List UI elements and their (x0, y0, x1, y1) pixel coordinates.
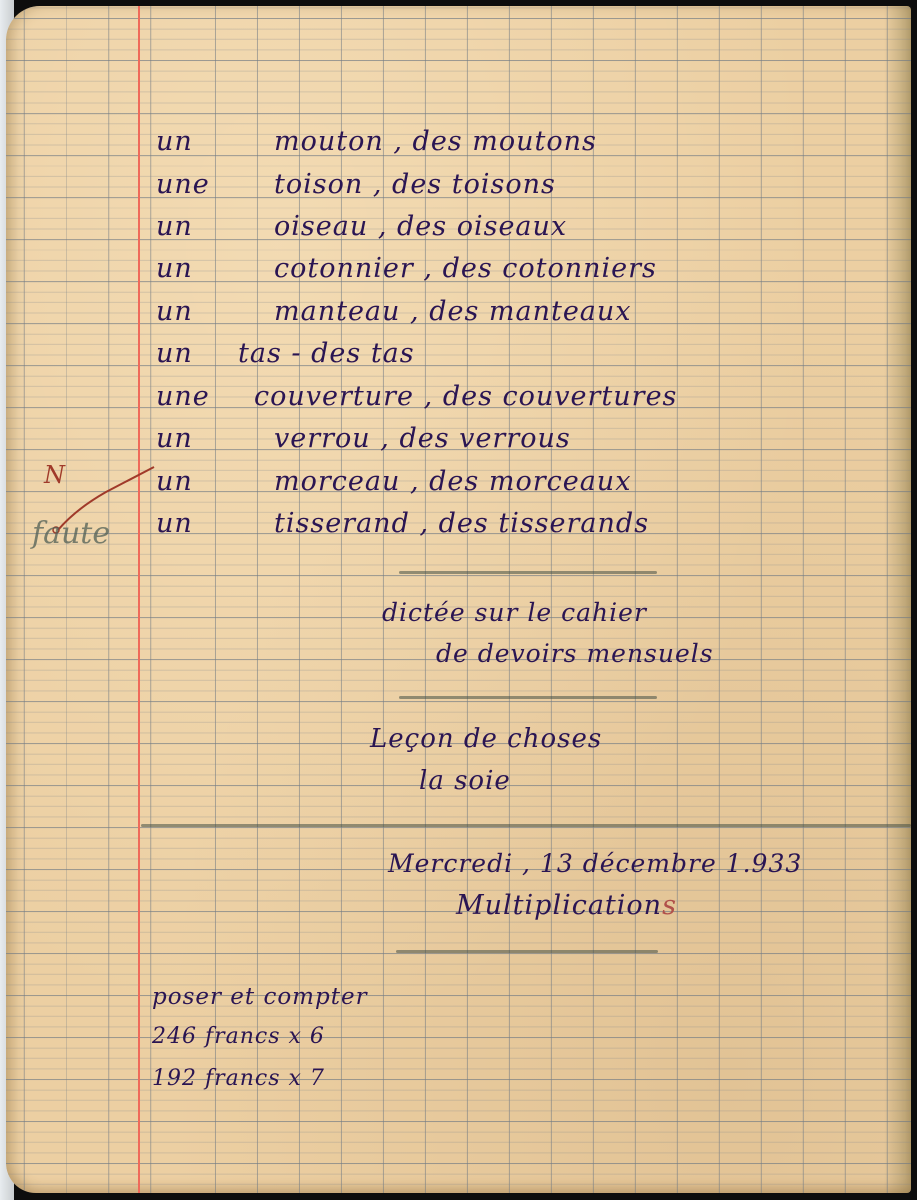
article: un (156, 466, 274, 497)
separator: , (424, 381, 434, 412)
noun-plural: des oiseaux (397, 211, 567, 242)
vocab-row: unoiseau , des oiseaux (156, 211, 567, 242)
separator: , (378, 211, 388, 242)
article: un (156, 338, 238, 369)
separator: , (410, 296, 420, 327)
lesson-subject: la soie (419, 766, 511, 796)
exercise-instruction: poser et compter (152, 984, 368, 1010)
separator: , (393, 126, 403, 157)
date-heading: Mercredi , 13 décembre 1.933 (388, 849, 802, 878)
margin-line (138, 6, 140, 1193)
vocab-row: untas - des tas (156, 338, 415, 369)
separator: - (291, 338, 301, 369)
separator: , (419, 508, 429, 539)
noun-plural: des morceaux (429, 466, 631, 497)
noun-singular: verrou (274, 423, 371, 454)
lesson-title: Leçon de choses (370, 724, 602, 754)
article: un (156, 423, 274, 454)
heading-title: Multiplications (456, 890, 677, 921)
dictation-line-1: dictée sur le cahier (382, 598, 647, 627)
vocab-row: unverrou , des verrous (156, 423, 571, 454)
article: un (156, 296, 274, 327)
vocab-row: uncotonnier , des cotonniers (156, 253, 657, 284)
article: une (156, 381, 254, 412)
separator: , (380, 423, 390, 454)
noun-plural: des moutons (413, 126, 597, 157)
noun-singular: mouton (274, 126, 384, 157)
exercise-problem: 192 francs x 7 (152, 1066, 325, 1091)
noun-plural: des couvertures (443, 381, 678, 412)
heading-title-text: Multiplication (456, 890, 662, 921)
noun-singular: toison (274, 169, 363, 200)
article: une (156, 169, 274, 200)
separator: , (423, 253, 433, 284)
separator: , (373, 169, 383, 200)
noun-plural: des manteaux (429, 296, 631, 327)
noun-singular: morceau (274, 466, 400, 497)
noun-plural: des tas (311, 338, 415, 369)
vocab-row: unmorceau , des morceaux (156, 466, 631, 497)
separator-rule (399, 696, 657, 699)
vocab-row: unmanteau , des manteaux (156, 296, 632, 327)
separator-rule (396, 950, 658, 953)
notebook-page: unmouton , des moutons unetoison , des t… (6, 6, 911, 1193)
article: un (156, 211, 274, 242)
article: un (156, 126, 274, 157)
noun-singular: manteau (274, 296, 400, 327)
article: un (156, 253, 274, 284)
heading-title-correction: s (662, 890, 677, 921)
noun-plural: des toisons (392, 169, 556, 200)
pencil-note: faute (32, 516, 110, 551)
noun-singular: cotonnier (274, 253, 414, 284)
vocab-row: unmouton , des moutons (156, 126, 597, 157)
noun-plural: des cotonniers (443, 253, 657, 284)
noun-plural: des verrous (399, 423, 570, 454)
noun-singular: couverture (254, 381, 414, 412)
noun-singular: oiseau (274, 211, 368, 242)
dictation-line-2: de devoirs mensuels (436, 639, 714, 668)
article: un (156, 508, 274, 539)
vocab-row: unecouverture , des couvertures (156, 381, 677, 412)
exercise-problem: 246 francs x 6 (152, 1024, 325, 1049)
vocab-row: unetoison , des toisons (156, 169, 556, 200)
vocab-row: untisserand , des tisserands (156, 508, 649, 539)
separator: , (410, 466, 420, 497)
noun-singular: tas (238, 338, 282, 369)
section-divider (141, 824, 911, 827)
noun-singular: tisserand (274, 508, 410, 539)
noun-plural: des tisserands (439, 508, 649, 539)
separator-rule (399, 571, 657, 574)
